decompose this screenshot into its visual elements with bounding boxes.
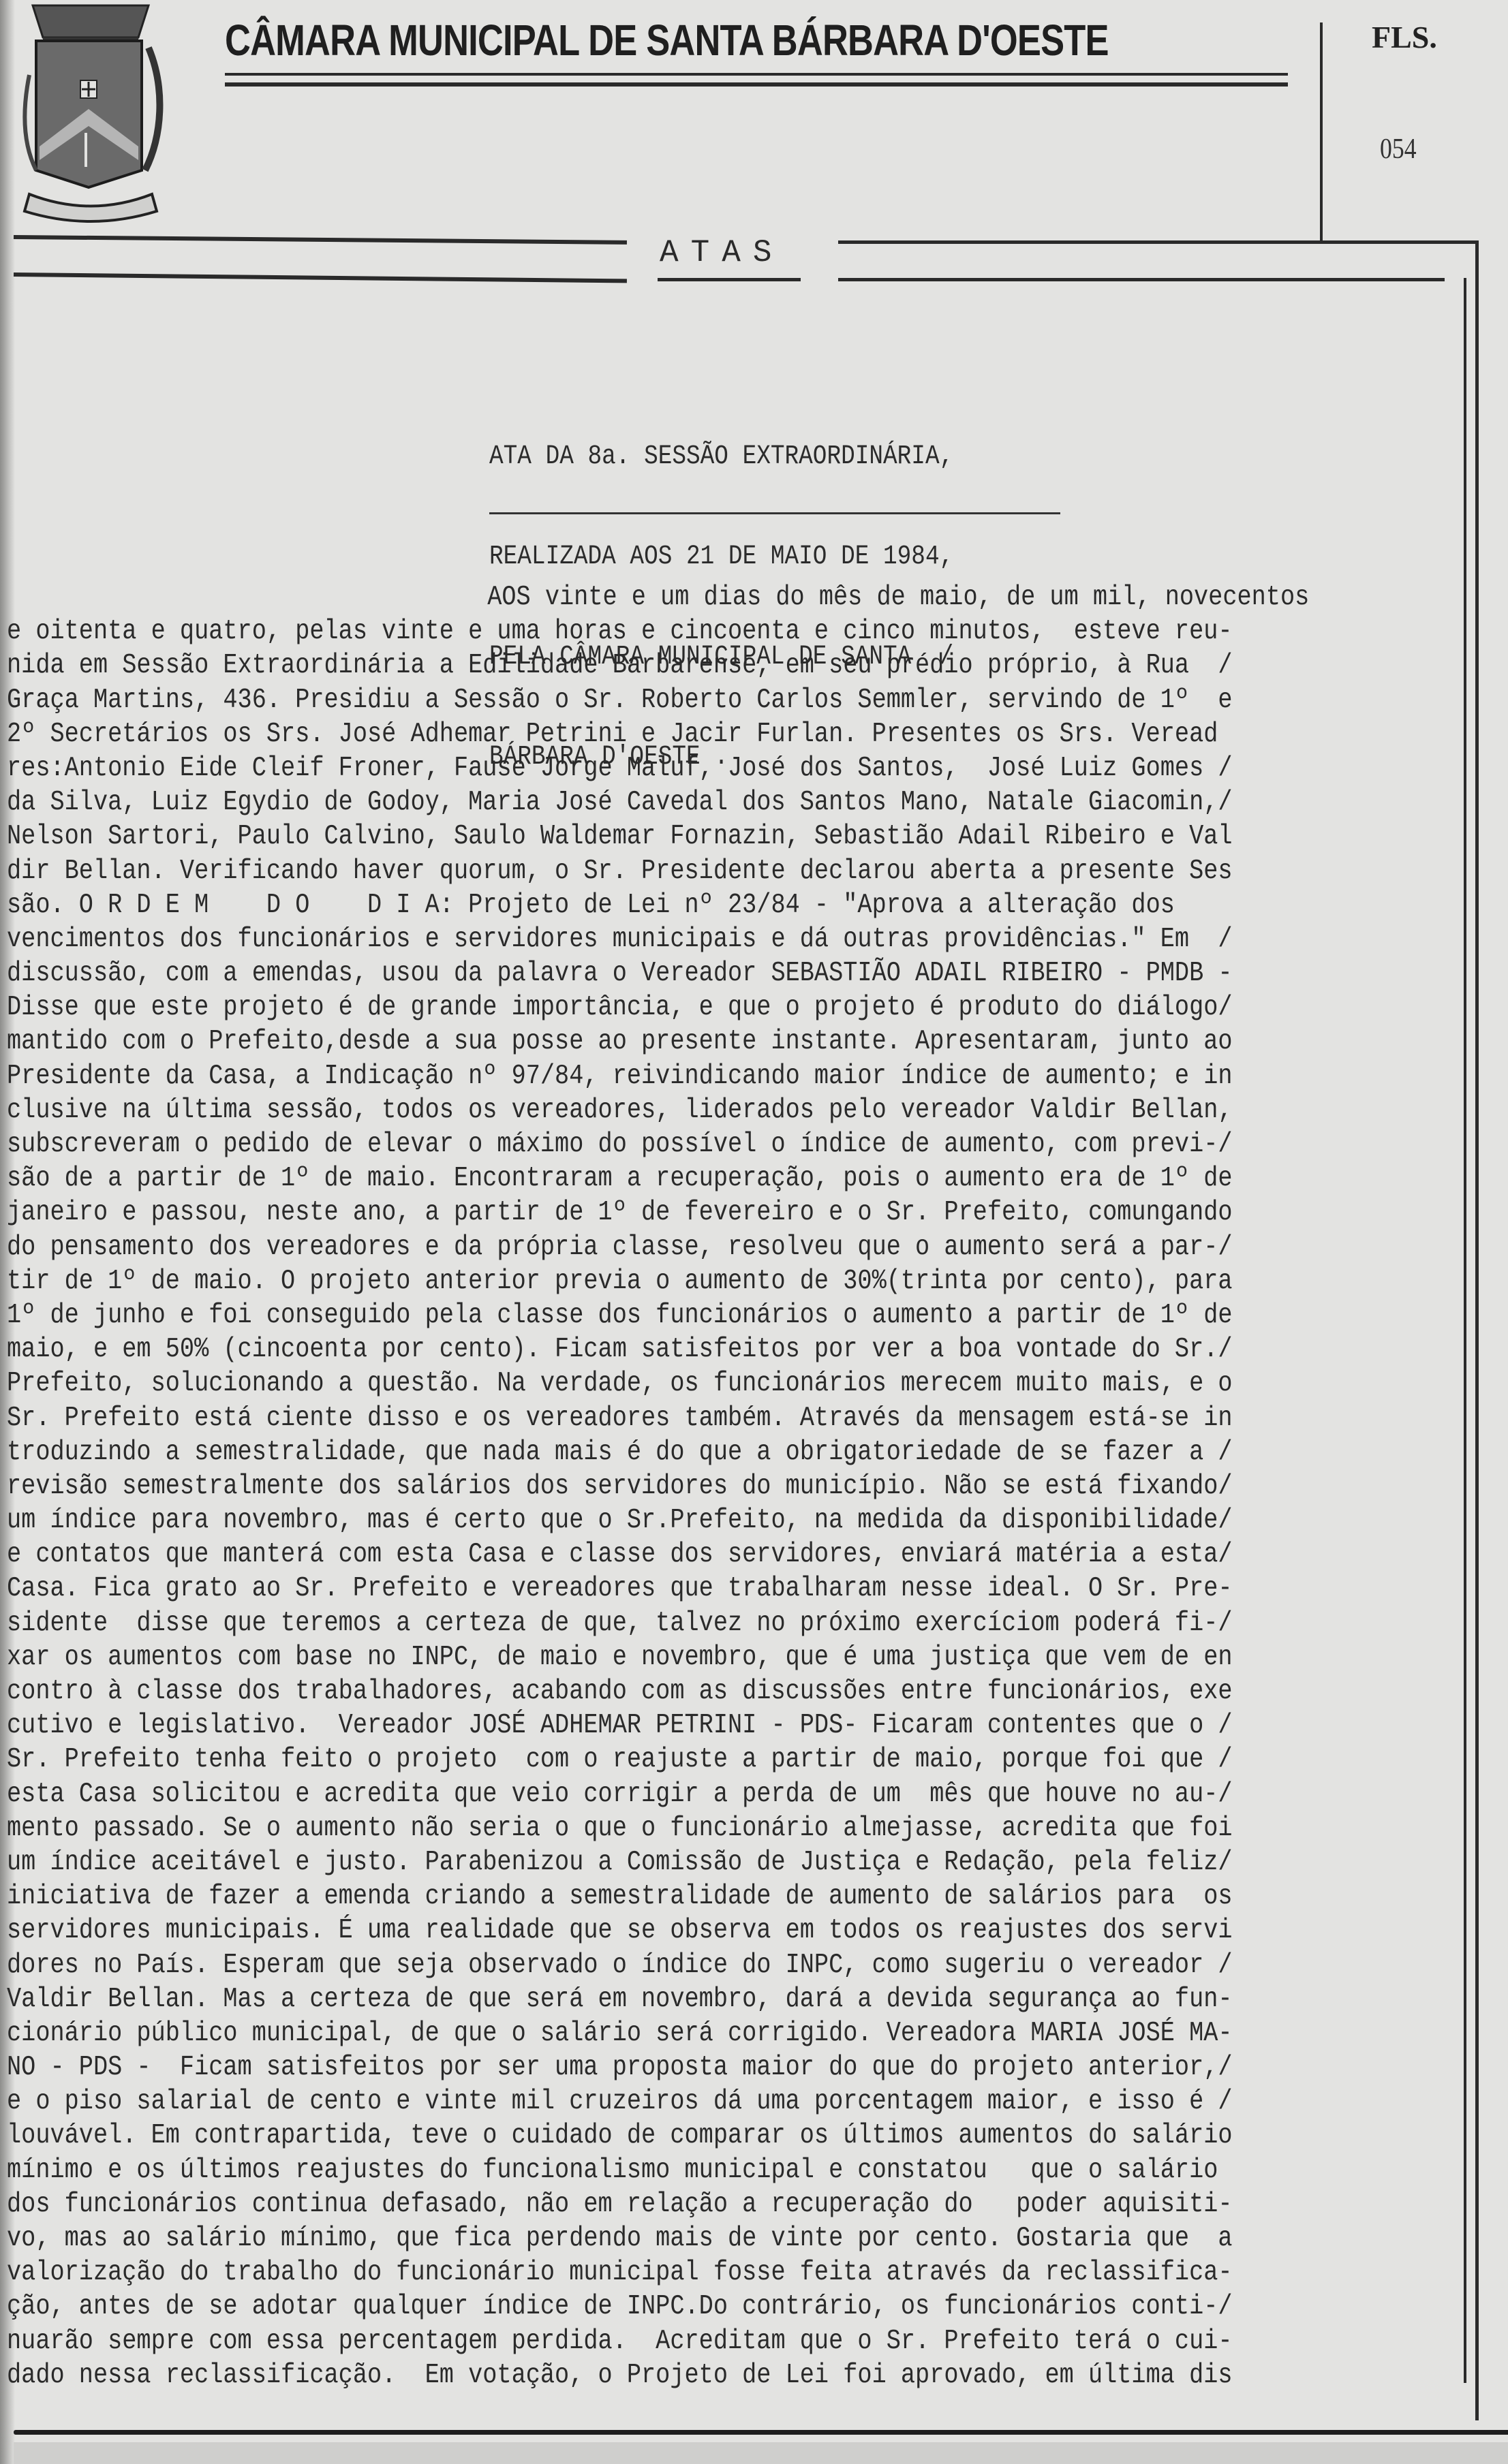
body-line: troduzindo a semestralidade, que nada ma…: [7, 1435, 1261, 1469]
body-line: Sr. Prefeito está ciente disso e os vere…: [7, 1401, 1261, 1435]
body-line: Prefeito, solucionando a questão. Na ver…: [7, 1367, 1261, 1401]
body-line: um índice aceitável e justo. Parabenizou…: [7, 1845, 1261, 1880]
body-line: ção, antes de se adotar qualquer índice …: [7, 2290, 1261, 2324]
folio-label: FLS.: [1372, 19, 1437, 55]
body-line: mantido com o Prefeito,desde a sua posse…: [7, 1025, 1261, 1059]
body-line: um índice para novembro, mas é certo que…: [7, 1503, 1261, 1538]
frame-rule: [14, 235, 627, 245]
body-line: clusive na última sessão, todos os verea…: [7, 1093, 1261, 1127]
body-line: servidores municipais. É uma realidade q…: [7, 1914, 1261, 1948]
body-line: dir Bellan. Verificando haver quorum, o …: [7, 854, 1261, 888]
body-line: louvável. Em contrapartida, teve o cuida…: [7, 2119, 1261, 2153]
body-line: dos funcionários continua defasado, não …: [7, 2187, 1261, 2221]
body-line: são de a partir de 1º de maio. Encontrar…: [7, 1161, 1261, 1196]
body-line: cutivo e legislativo. Vereador JOSÉ ADHE…: [7, 1709, 1261, 1743]
body-line: valorização do trabalho do funcionário m…: [7, 2256, 1261, 2290]
body-line: do pensamento dos vereadores e da própri…: [7, 1230, 1261, 1264]
body-line: Graça Martins, 436. Presidiu a Sessão o …: [7, 683, 1261, 717]
body-line: revisão semestralmente dos salários dos …: [7, 1469, 1261, 1503]
bottom-edge: [14, 2442, 1508, 2464]
body-line: Sr. Prefeito tenha feito o projeto com o…: [7, 1743, 1261, 1777]
body-line: discussão, com a emendas, usou da palavr…: [7, 956, 1261, 991]
heading-line: REALIZADA AOS 21 DE MAIO DE 1984,: [489, 540, 953, 574]
folio-number: 054: [1380, 133, 1417, 166]
body-line: cionário público municipal, de que o sal…: [7, 2016, 1261, 2050]
body-line: Valdir Bellan. Mas a certeza de que será…: [7, 1982, 1261, 2016]
heading-line: ATA DA 8a. SESSÃO EXTRAORDINÁRIA,: [489, 440, 953, 473]
body-line: sidente disse que teremos a certeza de q…: [7, 1606, 1261, 1640]
body-line: res:Antonio Eide Cleif Froner, Fause Jor…: [7, 751, 1261, 785]
body-line: maio, e em 50% (cincoenta por cento). Fi…: [7, 1332, 1261, 1367]
frame-rule: [14, 272, 627, 283]
title-rule: [225, 73, 1288, 76]
frame-border: [1475, 240, 1479, 2420]
institution-title: CÂMARA MUNICIPAL DE SANTA BÁRBARA D'OEST…: [225, 15, 1109, 65]
municipal-coat-of-arms-icon: [12, 0, 169, 225]
frame-rule: [838, 278, 1445, 281]
body-line: contro à classe dos trabalhadores, acaba…: [7, 1674, 1261, 1709]
header-divider: [1320, 22, 1323, 244]
body-line: vo, mas ao salário mínimo, que fica perd…: [7, 2221, 1261, 2256]
title-rule: [225, 82, 1288, 87]
body-line: e contatos que manterá com esta Casa e c…: [7, 1538, 1261, 1572]
section-title: ATAS: [660, 235, 784, 270]
body-line: Presidente da Casa, a Indicação nº 97/84…: [7, 1059, 1261, 1093]
frame-rule: [838, 240, 1479, 244]
section-title-underline: [658, 278, 801, 281]
body-line: vencimentos dos funcionários e servidore…: [7, 922, 1261, 956]
body-line: Disse que este projeto é de grande impor…: [7, 991, 1261, 1025]
body-line: nuarão sempre com essa percentagem perdi…: [7, 2324, 1261, 2358]
body-line: esta Casa solicitou e acredita que veio …: [7, 1777, 1261, 1811]
body-line: janeiro e passou, neste ano, a partir de…: [7, 1196, 1261, 1230]
heading-underline: [489, 512, 1060, 514]
body-line: da Silva, Luiz Egydio de Godoy, Maria Jo…: [7, 785, 1261, 820]
body-line: nida em Sessão Extraordinária a Edilidad…: [7, 649, 1261, 683]
body-line: são. O R D E M D O D I A: Projeto de Lei…: [7, 888, 1261, 922]
body-line: NO - PDS - Ficam satisfeitos por ser uma…: [7, 2050, 1261, 2085]
body-line: AOS vinte e um dias do mês de maio, de u…: [7, 580, 1261, 614]
bottom-frame-rule: [14, 2430, 1508, 2435]
body-line: mínimo e os últimos reajustes do funcion…: [7, 2153, 1261, 2187]
body-line: 2º Secretários os Srs. José Adhemar Petr…: [7, 717, 1261, 751]
body-line: xar os aumentos com base no INPC, de mai…: [7, 1640, 1261, 1674]
body-line: e oitenta e quatro, pelas vinte e uma ho…: [7, 614, 1261, 649]
body-line: dores no País. Esperam que seja observad…: [7, 1948, 1261, 1982]
body-line: Casa. Fica grato ao Sr. Prefeito e verea…: [7, 1572, 1261, 1606]
body-line: tir de 1º de maio. O projeto anterior pr…: [7, 1264, 1261, 1298]
body-line: Nelson Sartori, Paulo Calvino, Saulo Wal…: [7, 820, 1261, 854]
body-line: iniciativa de fazer a emenda criando a s…: [7, 1880, 1261, 1914]
body-line: dado nessa reclassificação. Em votação, …: [7, 2358, 1261, 2392]
body-line: 1º de junho e foi conseguido pela classe…: [7, 1298, 1261, 1332]
minutes-body: AOS vinte e um dias do mês de maio, de u…: [7, 580, 1465, 2392]
body-line: e o piso salarial de cento e vinte mil c…: [7, 2085, 1261, 2119]
body-line: subscreveram o pedido de elevar o máximo…: [7, 1127, 1261, 1161]
body-line: mento passado. Se o aumento não seria o …: [7, 1811, 1261, 1845]
